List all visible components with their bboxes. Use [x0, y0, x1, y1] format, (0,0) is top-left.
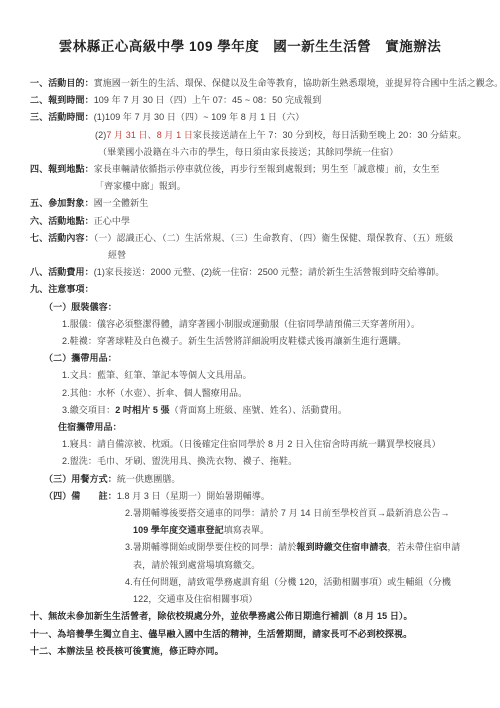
doc-line: 122，交通車及住宿相關事項） [0, 591, 500, 608]
doc-line: 1.服儀：儀容必須整潔得體，請穿著國小制服或運動服（住宿同學請預備三天穿著所用）… [0, 316, 500, 333]
doc-line: 六、活動地點：正心中學 [0, 213, 500, 230]
doc-line: 3.繳交項目：2 吋相片 5 張（背面寫上班級、座號、姓名）、活動費用。 [0, 402, 500, 419]
doc-line: 109 學年度交通車登記填寫表單。 [0, 522, 500, 539]
emphasis-text: 二、報到時間： [30, 95, 94, 105]
text-segment: 填寫表單。 [224, 525, 270, 535]
text-segment: (1)109 年 7 月 30 日（四）~ 109 年 8 月 1 日（六） [94, 112, 305, 122]
text-segment: 家長接送請在上午 7：30 分到校，每日活動至晚上 20：30 分結束。 [193, 130, 467, 140]
text-segment: 122，交通車及住宿相關事項） [133, 594, 258, 604]
doc-line: 二、報到時間：109 年 7 月 30 日（四）上午 07：45 ~ 08：50… [0, 92, 500, 109]
doc-line: 4.有任何問題，請致電學務處訓育組（分機 120，活動相關事項）或生輔組（分機 [0, 574, 500, 591]
emphasis-text: 十一、為培養學生獨立自主、儘早融入國中生活的精神，生活營期間，請家長可不必到校探… [30, 629, 412, 639]
text-segment: 正心中學 [94, 216, 130, 226]
doc-line: （畢業國小設籍在斗六市的學生，每日須由家長接送；其餘同學統一住宿） [0, 144, 500, 161]
doc-line: （四）備 註：1.8 月 3 日（星期一）開始暑期輔導。 [0, 488, 500, 505]
doc-line: 十一、為培養學生獨立自主、儘早融入國中生活的精神，生活營期間，請家長可不必到校探… [0, 626, 500, 643]
emphasis-text: 住宿攜帶用品： [58, 422, 122, 432]
date-highlight-text: 7 月 31 日、8 月 1 日 [106, 130, 193, 140]
emphasis-text: 109 學年度交通車登記 [133, 525, 224, 535]
emphasis-text: 十二、本辦法呈 校長核可後實施，修正時亦同。 [30, 646, 224, 656]
doc-line: 十二、本辦法呈 校長核可後實施，修正時亦同。 [0, 643, 500, 660]
document-body: 一、活動目的：實施國一新生的生活、環保、保健以及生命等教育，協助新生熟悉環境，並… [0, 75, 500, 660]
doc-line: 表，請於報到處當場填寫繳交。 [0, 557, 500, 574]
text-segment: (1)家長接送：2000 元整、(2)統一住宿：2500 元整；請於新生生活營報… [94, 267, 445, 277]
text-segment: 1.文具：藍筆、紅筆、筆記本等個人文具用品。 [62, 370, 252, 380]
emphasis-text: 八、活動費用： [30, 267, 94, 277]
text-segment: (2) [95, 130, 106, 140]
doc-line: 2.鞋襪：穿著球鞋及白色襪子。新生生活營將詳細說明皮鞋樣式後再讓新生進行選購。 [0, 333, 500, 350]
emphasis-text: 七、活動內容： [30, 233, 94, 243]
doc-line: 三、活動時間：(1)109 年 7 月 30 日（四）~ 109 年 8 月 1… [0, 109, 500, 126]
emphasis-text: 報到時繳交住宿申請表 [297, 542, 388, 552]
doc-line: 2.暑期輔導後要搭交通車的同學：請於 7 月 14 日前至學校首頁→最新消息公告… [0, 505, 500, 522]
text-segment: 2.其他：水杯（水壺）、折傘、個人醫療用品。 [62, 388, 247, 398]
doc-line: 住宿攜帶用品： [0, 419, 500, 436]
text-segment: 3.繳交項目： [62, 405, 115, 415]
emphasis-text: （四）備 註： [44, 491, 117, 501]
doc-line: 十、無故未參加新生生活營者，除依校規處分外，並依學務處公佈日期進行補訓（8 月 … [0, 608, 500, 625]
doc-line: 「齊家樓中廊」報到。 [0, 178, 500, 195]
text-segment: 2.盥洗：毛巾、牙刷、盥洗用具、換洗衣物、襪子、拖鞋。 [62, 456, 297, 466]
doc-line: 1.文具：藍筆、紅筆、筆記本等個人文具用品。 [0, 367, 500, 384]
text-segment: 3.暑期輔導開始或開學要住校的同學：請於 [125, 542, 297, 552]
text-segment: 1.寢具：請自備涼被、枕頭。（日後確定住宿同學於 8 月 2 日入住宿舍時再統一… [62, 439, 441, 449]
doc-line: 2.盥洗：毛巾、牙刷、盥洗用具、換洗衣物、襪子、拖鞋。 [0, 453, 500, 470]
doc-line: （一）服裝儀容： [0, 299, 500, 316]
emphasis-text: 五、參加對象： [30, 198, 94, 208]
emphasis-text: （二）攜帶用品： [44, 353, 117, 363]
text-segment: 國一全體新生 [94, 198, 149, 208]
emphasis-text: 三、活動時間： [30, 112, 94, 122]
doc-line: 經營 [0, 247, 500, 264]
document-title: 雲林縣正心高級中學 109 學年度 國一新生生活營 實施辦法 [0, 35, 500, 55]
doc-line: 四、報到地點：家長車輛請依循指示停車就位後，再步行至報到處報到；男生至「誠意樓」… [0, 161, 500, 178]
doc-line: （三）用餐方式：統一供應團膳。 [0, 471, 500, 488]
emphasis-text: （三）用餐方式： [44, 474, 117, 484]
emphasis-text: （一）服裝儀容： [44, 302, 117, 312]
text-segment: （背面寫上班級、座號、姓名）、活動費用。 [170, 405, 348, 415]
text-segment: 表，請於報到處當場填寫繳交。 [133, 560, 260, 570]
doc-line: 八、活動費用：(1)家長接送：2000 元整、(2)統一住宿：2500 元整；請… [0, 264, 500, 281]
text-segment: 家長車輛請依循指示停車就位後，再步行至報到處報到；男生至「誠意樓」前，女生至 [94, 164, 440, 174]
doc-line: (2)7 月 31 日、8 月 1 日家長接送請在上午 7：30 分到校，每日活… [0, 127, 500, 144]
emphasis-text: 六、活動地點： [30, 216, 94, 226]
text-segment: （一）認識正心、（二）生活常規、（三）生命教育、（四）衛生保健、環保教育、（五）… [94, 233, 454, 243]
text-segment: 經營 [108, 250, 126, 260]
doc-line: （二）攜帶用品： [0, 350, 500, 367]
text-segment: 「齊家樓中廊」報到。 [95, 181, 186, 191]
text-segment: 2.暑期輔導後要搭交通車的同學：請於 7 月 14 日前至學校首頁→最新消息公告… [125, 508, 450, 518]
doc-line: 3.暑期輔導開始或開學要住校的同學：請於報到時繳交住宿申請表，若未帶住宿申請 [0, 539, 500, 556]
text-segment: 1.服儀：儀容必須整潔得體，請穿著國小制服或運動服（住宿同學請預備三天穿著所用）… [62, 319, 420, 329]
text-segment: 2.鞋襪：穿著球鞋及白色襪子。新生生活營將詳細說明皮鞋樣式後再讓新生進行選購。 [62, 336, 406, 346]
doc-line: 七、活動內容：（一）認識正心、（二）生活常規、（三）生命教育、（四）衛生保健、環… [0, 230, 500, 247]
doc-line: 2.其他：水杯（水壺）、折傘、個人醫療用品。 [0, 385, 500, 402]
text-segment: 109 年 7 月 30 日（四）上午 07：45 ~ 08：50 完成報到 [94, 95, 322, 105]
emphasis-text: 九、注意事項： [30, 284, 94, 294]
text-segment: 統一供應團膳。 [117, 474, 181, 484]
document-page: 雲林縣正心高級中學 109 學年度 國一新生生活營 實施辦法 一、活動目的：實施… [0, 0, 500, 708]
text-segment: 1.8 月 3 日（星期一）開始暑期輔導。 [117, 491, 270, 501]
doc-line: 九、注意事項： [0, 281, 500, 298]
text-segment: 4.有任何問題，請致電學務處訓育組（分機 120，活動相關事項）或生輔組（分機 [125, 577, 451, 587]
emphasis-text: 2 吋相片 5 張 [115, 405, 169, 415]
doc-line: 五、參加對象：國一全體新生 [0, 195, 500, 212]
text-segment: （畢業國小設籍在斗六市的學生，每日須由家長接送；其餘同學統一住宿） [98, 147, 398, 157]
emphasis-text: 四、報到地點： [30, 164, 94, 174]
doc-line: 1.寢具：請自備涼被、枕頭。（日後確定住宿同學於 8 月 2 日入住宿舍時再統一… [0, 436, 500, 453]
doc-line: 一、活動目的：實施國一新生的生活、環保、保健以及生命等教育，協助新生熟悉環境，並… [0, 75, 500, 92]
emphasis-text: 十、無故未參加新生生活營者，除依校規處分外，並依學務處公佈日期進行補訓（8 月 … [30, 611, 413, 621]
emphasis-text: 一、活動目的： [30, 78, 94, 88]
text-segment: ，若未帶住宿申請 [388, 542, 461, 552]
text-segment: 實施國一新生的生活、環保、保健以及生命等教育，協助新生熟悉環境，並提昇符合國中生… [94, 78, 500, 88]
